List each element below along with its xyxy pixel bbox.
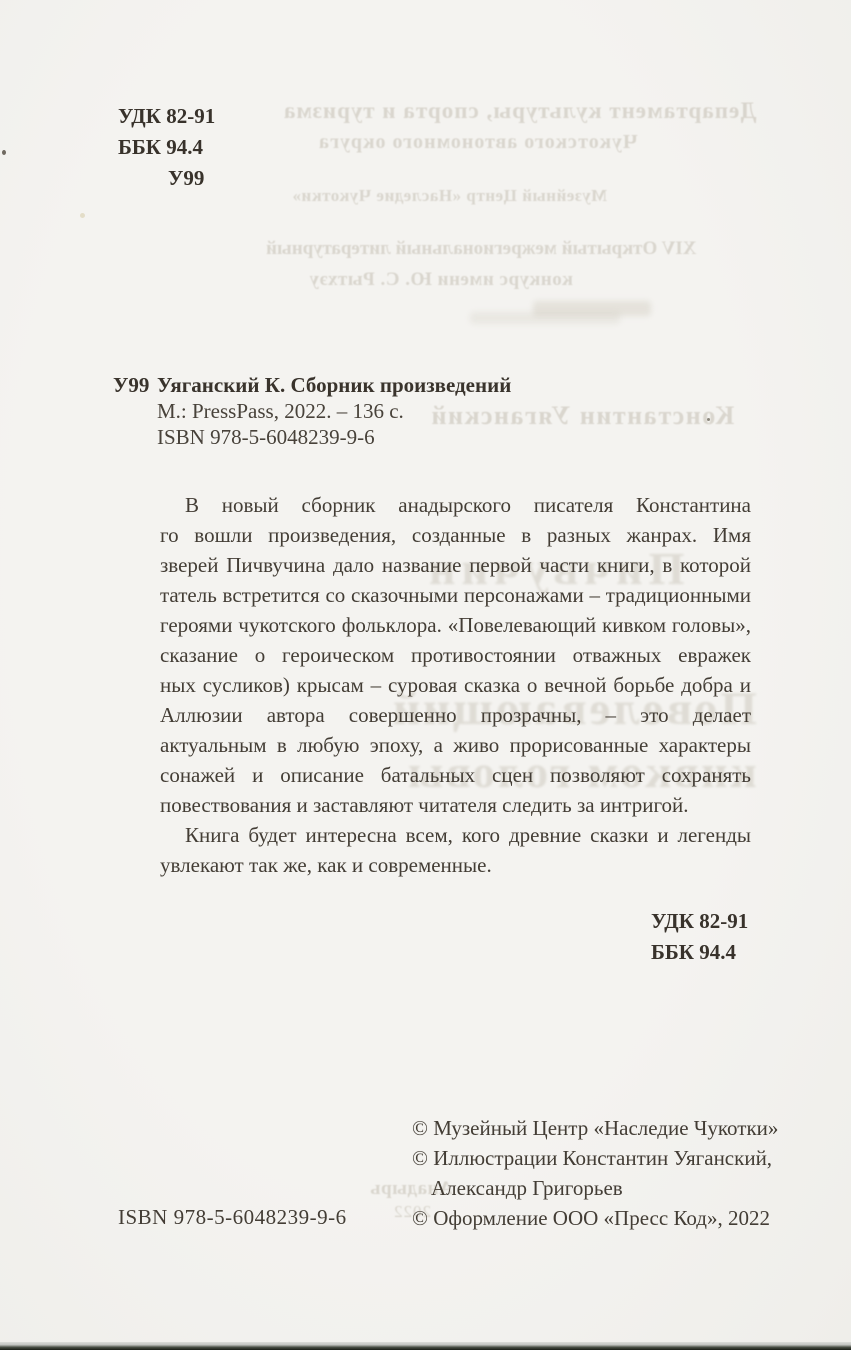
paper-speck [2, 150, 6, 155]
annotation-line: ных сусликов) крысам – суровая сказка о … [160, 670, 751, 700]
bleedthrough-smudge [470, 312, 620, 324]
annotation-line: татель встретится со сказочными персонаж… [160, 580, 751, 610]
bottom-codes-block: УДК 82-91 ББК 94.4 [651, 906, 748, 968]
udk-code-top: УДК 82-91 [118, 101, 215, 132]
annotation-line: Книга будет интересна всем, кого древние… [160, 820, 751, 850]
annotation-line: го вошли произведения, созданные в разны… [160, 520, 751, 550]
bleedthrough-text: Музейный Центр «Наследие Чукотки» [292, 187, 607, 204]
bbk-code-bottom: ББК 94.4 [651, 937, 748, 968]
catalog-isbn: ISBN 978-5-6048239-9-6 [113, 424, 753, 450]
udk-code-bottom: УДК 82-91 [651, 906, 748, 937]
top-codes-block: УДК 82-91 ББК 94.4 У99 [118, 101, 215, 194]
catalog-title-line: У99Уяганский К. Сборник произведений [113, 372, 753, 398]
annotation-line: увлекают так же, как и современные. [160, 850, 751, 880]
bleedthrough-text: XIV Открытый межрегиональный литературны… [266, 239, 696, 258]
author-mark-top: У99 [118, 163, 215, 194]
annotation-line: зверей Пичвучина дало название первой ча… [160, 550, 751, 580]
catalog-imprint: М.: PressPass, 2022. – 136 с. [113, 398, 753, 424]
copyright-block: © Музейный Центр «Наследие Чукотки»© Илл… [412, 1113, 778, 1233]
copyright-line: Александр Григорьев [412, 1173, 778, 1203]
annotation-line: героями чукотского фольклора. «Повелеваю… [160, 610, 751, 640]
footer-isbn: ISBN 978-5-6048239-9-6 [118, 1202, 347, 1232]
copyright-line: © Иллюстрации Константин Уяганский, [412, 1143, 778, 1173]
catalog-author-mark: У99 [113, 372, 157, 398]
scan-edge-bottom [0, 1342, 851, 1350]
catalog-entry: У99Уяганский К. Сборник произведений М.:… [113, 372, 753, 450]
annotation-line: сказание о героическом противостоянии от… [160, 640, 751, 670]
bleedthrough-text: Чукотского автономного округа [318, 132, 638, 152]
bbk-code-top: ББК 94.4 [118, 132, 215, 163]
bleedthrough-text: конкурс имени Ю. С. Рытхэу [309, 270, 573, 289]
annotation-line: В новый сборник анадырского писателя Кон… [160, 490, 751, 520]
catalog-title: Уяганский К. Сборник произведений [157, 373, 511, 397]
annotation-line: Аллюзии автора совершенно прозрачны, – э… [160, 700, 751, 730]
annotation-line: сонажей и описание батальных сцен позвол… [160, 760, 751, 790]
annotation-line: актуальным в любую эпоху, а живо прорисо… [160, 730, 751, 760]
scanned-imprint-page: Департамент культуры, спорта и туризмаЧу… [0, 0, 851, 1350]
annotation: В новый сборник анадырского писателя Кон… [160, 490, 751, 880]
annotation-line: повествования и заставляют читателя след… [160, 790, 751, 820]
copyright-line: © Музейный Центр «Наследие Чукотки» [412, 1113, 778, 1143]
copyright-line: © Оформление ООО «Пресс Код», 2022 [412, 1203, 778, 1233]
paper-speck [80, 213, 85, 218]
bleedthrough-text: Департамент культуры, спорта и туризма [283, 99, 756, 122]
